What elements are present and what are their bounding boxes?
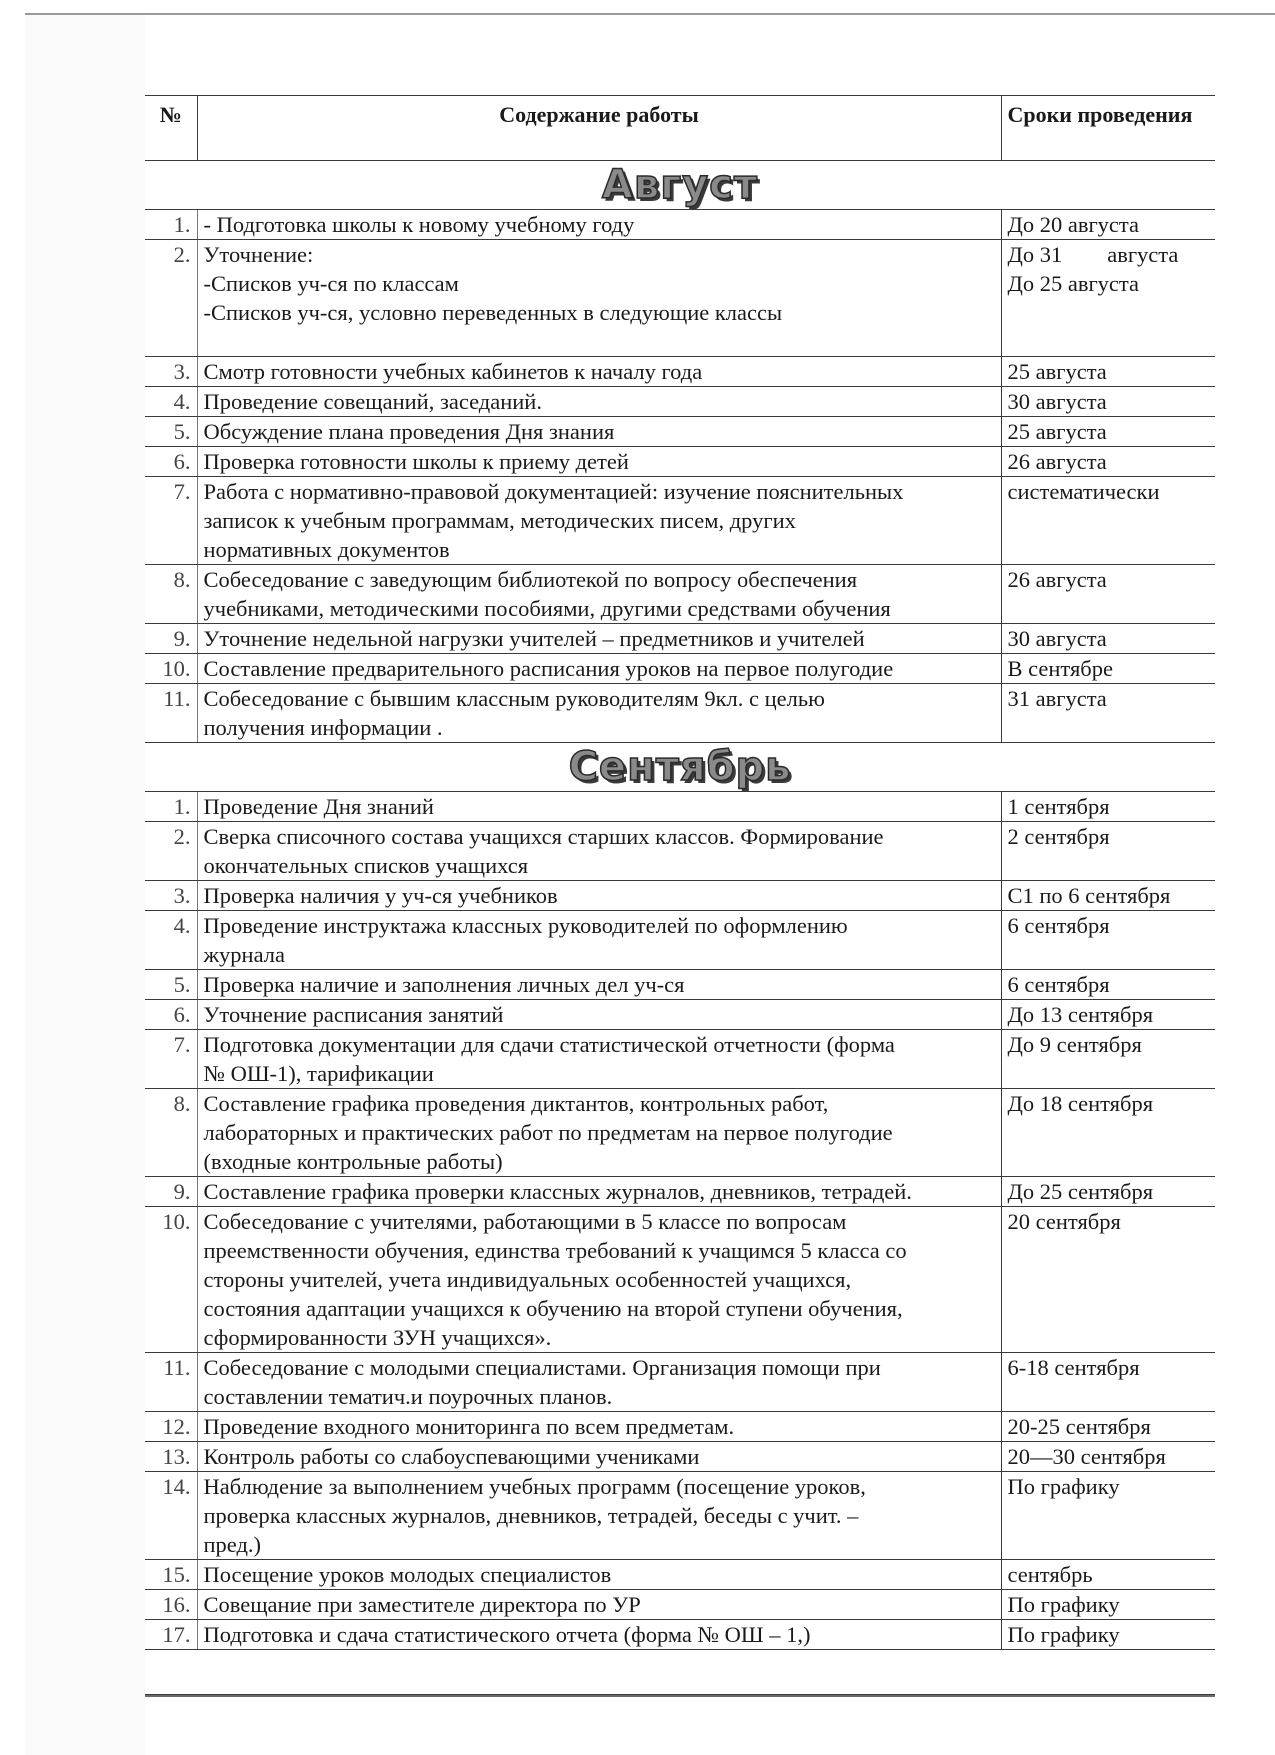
table-row: 9.Уточнение недельной нагрузки учителей … [145, 624, 1215, 654]
row-content: Собеседование с молодыми специалистами. … [197, 1353, 1001, 1412]
row-number: 2. [145, 240, 197, 357]
date-line: 30 августа [1008, 387, 1210, 416]
table-row: 1.Проведение Дня знаний1 сентября [145, 792, 1215, 822]
row-dates: 25 августа [1001, 417, 1215, 447]
table-row: 14.Наблюдение за выполнением учебных про… [145, 1472, 1215, 1560]
content-line: Подготовка документации для сдачи статис… [204, 1030, 995, 1059]
month-heading-row: Сентябрь [145, 743, 1215, 792]
row-dates: 6 сентября [1001, 911, 1215, 970]
row-number: 3. [145, 881, 197, 911]
row-dates: По графику [1001, 1472, 1215, 1560]
month-heading-row: Август [145, 161, 1215, 210]
table-row: 7.Работа с нормативно-правовой документа… [145, 477, 1215, 565]
date-line: До 13 сентября [1008, 1000, 1210, 1029]
row-number: 5. [145, 417, 197, 447]
row-content: Наблюдение за выполнением учебных програ… [197, 1472, 1001, 1560]
row-number: 8. [145, 1089, 197, 1177]
date-line: С1 по 6 сентября [1008, 881, 1210, 910]
date-line: сентябрь [1008, 1560, 1210, 1589]
month-title: Сентябрь [569, 745, 792, 789]
date-line: 26 августа [1008, 565, 1210, 594]
date-line: До 9 сентября [1008, 1030, 1210, 1059]
row-number: 9. [145, 624, 197, 654]
row-content: Подготовка и сдача статистического отчет… [197, 1620, 1001, 1650]
content-line: лабораторных и практических работ по пре… [204, 1118, 995, 1147]
date-line: 6 сентября [1008, 970, 1210, 999]
content-line: (входные контрольные работы) [204, 1147, 995, 1176]
table-row: 6.Проверка готовности школы к приему дет… [145, 447, 1215, 477]
row-content: Проведение Дня знаний [197, 792, 1001, 822]
row-dates: По графику [1001, 1620, 1215, 1650]
row-dates: До 9 сентября [1001, 1030, 1215, 1089]
row-number: 8. [145, 565, 197, 624]
content-line: состояния адаптации учащихся к обучению … [204, 1294, 995, 1323]
date-line: До 25 сентября [1008, 1177, 1210, 1206]
row-dates: 31 августа [1001, 684, 1215, 743]
table-row: 2.Сверка списочного состава учащихся ста… [145, 822, 1215, 881]
content-line: Собеседование с учителями, работающими в… [204, 1207, 995, 1236]
row-dates: сентябрь [1001, 1560, 1215, 1590]
table-row: 16.Совещание при заместителе директора п… [145, 1590, 1215, 1620]
table-row: 1.- Подготовка школы к новому учебному г… [145, 210, 1215, 240]
content-line: Проведение Дня знаний [204, 792, 995, 821]
row-number: 10. [145, 654, 197, 684]
content-line: преемственности обучения, единства требо… [204, 1236, 995, 1265]
content-line: Обсуждение плана проведения Дня знания [204, 417, 995, 446]
row-dates: 6 сентября [1001, 970, 1215, 1000]
row-dates: 26 августа [1001, 565, 1215, 624]
content-line: записок к учебным программам, методическ… [204, 506, 995, 535]
content-line: Совещание при заместителе директора по У… [204, 1590, 995, 1619]
content-line: стороны учителей, учета индивидуальных о… [204, 1265, 995, 1294]
content-line: Проверка наличие и заполнения личных дел… [204, 970, 995, 999]
row-content: Уточнение недельной нагрузки учителей – … [197, 624, 1001, 654]
empty-cell [145, 1650, 1215, 1695]
content-line: Проведение инструктажа классных руководи… [204, 911, 995, 940]
row-dates: По графику [1001, 1590, 1215, 1620]
content-line: -Списков уч-ся по классам [204, 269, 995, 298]
row-dates: До 25 сентября [1001, 1177, 1215, 1207]
table-row: 5.Обсуждение плана проведения Дня знания… [145, 417, 1215, 447]
row-number: 10. [145, 1207, 197, 1353]
row-content: Проверка готовности школы к приему детей [197, 447, 1001, 477]
date-line: 20—30 сентября [1008, 1442, 1210, 1471]
row-number: 2. [145, 822, 197, 881]
content-line: пред.) [204, 1530, 995, 1559]
row-content: Подготовка документации для сдачи статис… [197, 1030, 1001, 1089]
row-number: 6. [145, 447, 197, 477]
date-line: 1 сентября [1008, 792, 1210, 821]
row-content: Составление предварительного расписания … [197, 654, 1001, 684]
header-content: Содержание работы [197, 96, 1001, 161]
content-line: - Подготовка школы к новому учебному год… [204, 210, 995, 239]
row-content: Проведение входного мониторинга по всем … [197, 1412, 1001, 1442]
row-content: Работа с нормативно-правовой документаци… [197, 477, 1001, 565]
row-number: 7. [145, 477, 197, 565]
content-line: Проведение входного мониторинга по всем … [204, 1412, 995, 1441]
table-row: 4.Проведение совещаний, заседаний.30 авг… [145, 387, 1215, 417]
row-number: 7. [145, 1030, 197, 1089]
table-row: 4.Проведение инструктажа классных руково… [145, 911, 1215, 970]
row-dates: 1 сентября [1001, 792, 1215, 822]
content-line: Подготовка и сдача статистического отчет… [204, 1620, 995, 1649]
row-dates: 20 сентября [1001, 1207, 1215, 1353]
row-content: Совещание при заместителе директора по У… [197, 1590, 1001, 1620]
row-content: Проведение инструктажа классных руководи… [197, 911, 1001, 970]
content-line [204, 327, 995, 356]
row-number: 5. [145, 970, 197, 1000]
table-row: 9.Составление графика проверки классных … [145, 1177, 1215, 1207]
content-line: Смотр готовности учебных кабинетов к нач… [204, 357, 995, 386]
row-dates: До 18 сентября [1001, 1089, 1215, 1177]
date-line: 20 сентября [1008, 1207, 1210, 1236]
row-number: 9. [145, 1177, 197, 1207]
content-line: Составление графика проведения диктантов… [204, 1089, 995, 1118]
content-line: Сверка списочного состава учащихся старш… [204, 822, 995, 851]
date-line: До 31 августа [1008, 240, 1210, 269]
row-content: Смотр готовности учебных кабинетов к нач… [197, 357, 1001, 387]
row-content: Собеседование с заведующим библиотекой п… [197, 565, 1001, 624]
table-row: 12.Проведение входного мониторинга по вс… [145, 1412, 1215, 1442]
row-content: - Подготовка школы к новому учебному год… [197, 210, 1001, 240]
table-row: 5.Проверка наличие и заполнения личных д… [145, 970, 1215, 1000]
table-header-row: № Содержание работы Сроки проведения [145, 96, 1215, 161]
month-title: Август [602, 163, 758, 207]
content-line: Проверка готовности школы к приему детей [204, 447, 995, 476]
page-top-edge [25, 13, 1275, 15]
content-line: проверка классных журналов, дневников, т… [204, 1501, 995, 1530]
content-line: получения информации . [204, 713, 995, 742]
table-row: 6.Уточнение расписания занятийДо 13 сент… [145, 1000, 1215, 1030]
row-content: Обсуждение плана проведения Дня знания [197, 417, 1001, 447]
row-number: 15. [145, 1560, 197, 1590]
row-content: Проведение совещаний, заседаний. [197, 387, 1001, 417]
row-dates: До 20 августа [1001, 210, 1215, 240]
content-line: составлении тематич.и поурочных планов. [204, 1382, 995, 1411]
row-content: Составление графика проведения диктантов… [197, 1089, 1001, 1177]
row-content: Собеседование с бывшим классным руководи… [197, 684, 1001, 743]
date-line: 30 августа [1008, 624, 1210, 653]
row-dates: До 13 сентября [1001, 1000, 1215, 1030]
row-content: Проверка наличие и заполнения личных дел… [197, 970, 1001, 1000]
table-row: 7.Подготовка документации для сдачи стат… [145, 1030, 1215, 1089]
content-line: сформированности ЗУН учащихся». [204, 1323, 995, 1352]
row-dates: До 31 августаДо 25 августа [1001, 240, 1215, 357]
table-row: 13.Контроль работы со слабоуспевающими у… [145, 1442, 1215, 1472]
row-dates: 2 сентября [1001, 822, 1215, 881]
content-line: Наблюдение за выполнением учебных програ… [204, 1472, 995, 1501]
row-content: Сверка списочного состава учащихся старш… [197, 822, 1001, 881]
row-number: 6. [145, 1000, 197, 1030]
row-number: 16. [145, 1590, 197, 1620]
date-line: 31 августа [1008, 684, 1210, 713]
content-line: Уточнение расписания занятий [204, 1000, 995, 1029]
row-number: 3. [145, 357, 197, 387]
row-content: Проверка наличия у уч-ся учебников [197, 881, 1001, 911]
row-number: 1. [145, 792, 197, 822]
month-heading-cell: Август [145, 161, 1215, 210]
table-row: 8.Составление графика проведения диктант… [145, 1089, 1215, 1177]
content-line: Собеседование с заведующим библиотекой п… [204, 565, 995, 594]
content-line: Проведение совещаний, заседаний. [204, 387, 995, 416]
date-line: систематически [1008, 477, 1210, 506]
row-number: 4. [145, 911, 197, 970]
date-line: 25 августа [1008, 357, 1210, 386]
date-line: 6 сентября [1008, 911, 1210, 940]
date-line: До 25 августа [1008, 269, 1210, 298]
row-content: Собеседование с учителями, работающими в… [197, 1207, 1001, 1353]
table-row: 17.Подготовка и сдача статистического от… [145, 1620, 1215, 1650]
content-line: Собеседование с бывшим классным руководи… [204, 684, 995, 713]
table-row: 11.Собеседование с бывшим классным руков… [145, 684, 1215, 743]
row-number: 4. [145, 387, 197, 417]
content-line: Посещение уроков молодых специалистов [204, 1560, 995, 1589]
content-line: Работа с нормативно-правовой документаци… [204, 477, 995, 506]
table-row: 3.Смотр готовности учебных кабинетов к н… [145, 357, 1215, 387]
row-dates: 25 августа [1001, 357, 1215, 387]
row-number: 11. [145, 684, 197, 743]
row-number: 14. [145, 1472, 197, 1560]
work-plan-table: № Содержание работы Сроки проведения Авг… [145, 95, 1215, 1695]
content-line: Уточнение: [204, 240, 995, 269]
date-line: По графику [1008, 1590, 1210, 1619]
row-number: 1. [145, 210, 197, 240]
date-line: 25 августа [1008, 417, 1210, 446]
content-line: Уточнение недельной нагрузки учителей – … [204, 624, 995, 653]
content-line: окончательных списков учащихся [204, 851, 995, 880]
date-line: До 18 сентября [1008, 1089, 1210, 1118]
row-dates: 20-25 сентября [1001, 1412, 1215, 1442]
content-line: № ОШ-1), тарификации [204, 1059, 995, 1088]
header-dates: Сроки проведения [1001, 96, 1215, 161]
row-content: Уточнение расписания занятий [197, 1000, 1001, 1030]
month-heading-cell: Сентябрь [145, 743, 1215, 792]
row-content: Контроль работы со слабоуспевающими учен… [197, 1442, 1001, 1472]
date-line: До 20 августа [1008, 210, 1210, 239]
date-line: 26 августа [1008, 447, 1210, 476]
date-line: 6-18 сентября [1008, 1353, 1210, 1382]
table-row: 11.Собеседование с молодыми специалистам… [145, 1353, 1215, 1412]
row-content: Составление графика проверки классных жу… [197, 1177, 1001, 1207]
row-dates: 30 августа [1001, 624, 1215, 654]
row-dates: 20—30 сентября [1001, 1442, 1215, 1472]
content-line: журнала [204, 940, 995, 969]
row-number: 11. [145, 1353, 197, 1412]
header-number: № [145, 96, 197, 161]
content-line: Собеседование с молодыми специалистами. … [204, 1353, 995, 1382]
row-number: 12. [145, 1412, 197, 1442]
table-row: 10.Собеседование с учителями, работающим… [145, 1207, 1215, 1353]
table-row: 8.Собеседование с заведующим библиотекой… [145, 565, 1215, 624]
row-dates: 26 августа [1001, 447, 1215, 477]
table-row: 10.Составление предварительного расписан… [145, 654, 1215, 684]
table-row: 2.Уточнение:-Списков уч-ся по классам-Сп… [145, 240, 1215, 357]
row-dates: 30 августа [1001, 387, 1215, 417]
row-dates: 6-18 сентября [1001, 1353, 1215, 1412]
date-line: В сентябре [1008, 654, 1210, 683]
page-margin [25, 15, 145, 1755]
row-dates: систематически [1001, 477, 1215, 565]
date-line: По графику [1008, 1620, 1210, 1649]
row-number: 13. [145, 1442, 197, 1472]
table-row: 15.Посещение уроков молодых специалистов… [145, 1560, 1215, 1590]
row-dates: С1 по 6 сентября [1001, 881, 1215, 911]
row-content: Посещение уроков молодых специалистов [197, 1560, 1001, 1590]
content-line: Проверка наличия у уч-ся учебников [204, 881, 995, 910]
date-line: 20-25 сентября [1008, 1412, 1210, 1441]
empty-row [145, 1650, 1215, 1695]
table-bottom-border [145, 1695, 1215, 1697]
content-line: учебниками, методическими пособиями, дру… [204, 594, 995, 623]
date-line: По графику [1008, 1472, 1210, 1501]
table-body: Август1.- Подготовка школы к новому учеб… [145, 161, 1215, 1695]
content-line: нормативных документов [204, 535, 995, 564]
table-row: 3.Проверка наличия у уч-ся учебниковС1 п… [145, 881, 1215, 911]
content-line: -Списков уч-ся, условно переведенных в с… [204, 298, 995, 327]
content-line: Контроль работы со слабоуспевающими учен… [204, 1442, 995, 1471]
row-number: 17. [145, 1620, 197, 1650]
row-dates: В сентябре [1001, 654, 1215, 684]
row-content: Уточнение:-Списков уч-ся по классам-Спис… [197, 240, 1001, 357]
content-line: Составление предварительного расписания … [204, 654, 995, 683]
content-line: Составление графика проверки классных жу… [204, 1177, 995, 1206]
date-line: 2 сентября [1008, 822, 1210, 851]
